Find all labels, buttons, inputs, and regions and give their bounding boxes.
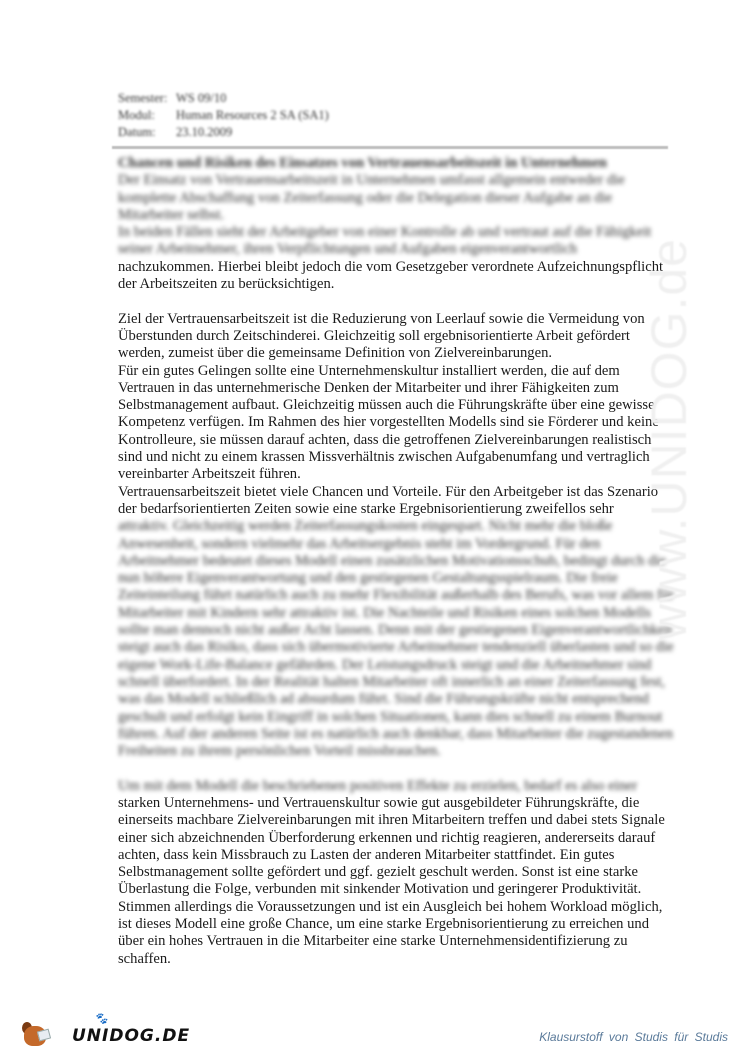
modul-label: Modul: — [118, 107, 176, 124]
datum-row: Datum: 23.10.2009 — [118, 124, 329, 141]
logo-text: UNIDOG.DE — [72, 1026, 190, 1046]
paragraph-spacer — [118, 760, 678, 777]
paragraph-5: starken Unternehmens- und Vertrauenskult… — [118, 795, 678, 968]
dog-mascot-icon — [20, 1018, 50, 1048]
semester-value: WS 09/10 — [176, 90, 226, 107]
paragraph-4: Vertrauensarbeitszeit bietet viele Chanc… — [118, 484, 678, 519]
paragraph-2: Ziel der Vertrauensarbeitszeit ist die R… — [118, 311, 678, 363]
semester-row: Semester: WS 09/10 — [118, 90, 329, 107]
header-divider — [112, 146, 668, 149]
paragraph-5-blurred-start: Um mit dem Modell die beschriebenen posi… — [118, 778, 678, 795]
logo-wordmark: 🐾 UNIDOG.DE — [72, 1026, 190, 1046]
paw-icon: 🐾 — [94, 1012, 109, 1025]
datum-label: Datum: — [118, 124, 176, 141]
intro-paragraph-blurred: Der Einsatz von Vertrauensarbeitszeit in… — [118, 172, 678, 224]
semester-label: Semester: — [118, 90, 176, 107]
modul-value: Human Resources 2 SA (SA1) — [176, 107, 329, 124]
footer-tagline: Klausurstoff von Studis für Studis — [539, 1030, 728, 1044]
intro-continuation-blurred: In beiden Fällen sieht der Arbeitgeber v… — [118, 224, 678, 259]
paragraph-1: nachzukommen. Hierbei bleibt jedoch die … — [118, 259, 678, 294]
document-page: Semester: WS 09/10 Modul: Human Resource… — [0, 0, 750, 1060]
document-header: Semester: WS 09/10 Modul: Human Resource… — [118, 90, 329, 141]
document-title: Chancen und Risiken des Einsatzes von Ve… — [118, 155, 678, 172]
watermark: www.UNIDOG.de — [640, 238, 698, 640]
modul-row: Modul: Human Resources 2 SA (SA1) — [118, 107, 329, 124]
paragraph-3: Für ein gutes Gelingen sollte eine Unter… — [118, 363, 678, 484]
paragraph-4-blurred: attraktiv. Gleichzeitig werden Zeiterfas… — [118, 518, 678, 760]
document-body: Chancen und Risiken des Einsatzes von Ve… — [118, 155, 678, 968]
datum-value: 23.10.2009 — [176, 124, 232, 141]
paragraph-spacer — [118, 293, 678, 310]
unidog-logo[interactable]: 🐾 UNIDOG.DE — [20, 1018, 190, 1048]
